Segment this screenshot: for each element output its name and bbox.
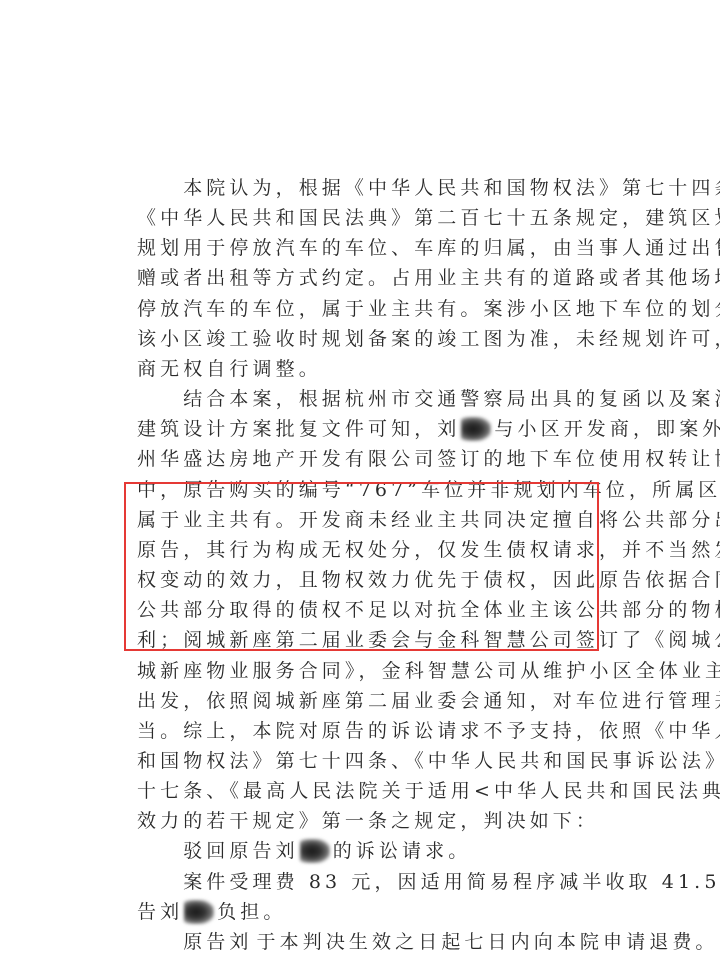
redaction-blur-icon	[184, 900, 214, 924]
red-highlight-box	[124, 482, 599, 651]
paragraph-line: 出发，依照阅城新座第二届业委会通知，对车位进行管理并无不	[137, 689, 603, 713]
text-before-redaction: 建筑设计方案批复文件可知，刘	[137, 417, 460, 441]
text-before-redaction: 告刘	[137, 900, 183, 924]
paragraph-line: 本院认为，根据《中华人民共和国物权法》第七十四条以及	[137, 176, 603, 200]
paragraph-line: 和国物权法》第七十四条、《中华人民共和国民事诉讼法》第六	[137, 749, 603, 773]
paragraph-line: 州华盛达房地产开发有限公司签订的地下车位使用权转让协议	[137, 447, 603, 471]
paragraph-line: 停放汽车的车位，属于业主共有。案涉小区地下车位的划分应以	[137, 297, 603, 321]
redaction-blur-icon	[461, 417, 491, 441]
paragraph-line: 十七条、《最高人民法院关于适用<中华人民共和国民法典>时间	[137, 779, 603, 803]
refund-line-redacted: 原告刘 于本判决生效之日起七日内向本院申请退费。	[137, 930, 603, 954]
fee-line-redacted: 告刘 负担。	[137, 900, 603, 924]
text-after-redaction: 与小区开发商，即案外人杭	[494, 417, 720, 441]
paragraph-line: 城新座物业服务合同》，金科智慧公司从维护小区全体业主利益	[137, 659, 603, 683]
text-after-redaction: 于本判决生效之日起七日内向本院申请退费。	[257, 930, 719, 954]
paragraph-line: 案件受理费 83 元，因适用简易程序减半收取 41.5 元，由原	[137, 870, 603, 894]
redaction-blur-icon	[300, 839, 330, 863]
document-page: 本院认为，根据《中华人民共和国物权法》第七十四条以及 《中华人民共和国民法典》第…	[0, 0, 720, 960]
judgment-line-redacted: 驳回原告刘 的诉讼请求。	[137, 839, 603, 863]
paragraph-line: 当。综上，本院对原告的诉讼请求不予支持，依照《中华人民共	[137, 719, 603, 743]
paragraph-line-redacted: 建筑设计方案批复文件可知，刘 与小区开发商，即案外人杭	[137, 417, 603, 441]
paragraph-line: 结合本案，根据杭州市交通警察局出具的复函以及案涉小区	[137, 387, 603, 411]
text-before-redaction: 驳回原告刘	[137, 839, 299, 863]
paragraph-line: 该小区竣工验收时规划备案的竣工图为准，未经规划许可，开发	[137, 327, 603, 351]
paragraph-line: 赠或者出租等方式约定。占用业主共有的道路或者其他场地用于	[137, 266, 603, 290]
paragraph-line: 规划用于停放汽车的车位、车库的归属，由当事人通过出售、附	[137, 236, 603, 260]
text-after-redaction: 负担。	[217, 900, 286, 924]
paragraph-line: 效力的若干规定》第一条之规定，判决如下：	[137, 809, 603, 833]
paragraph-line: 商无权自行调整。	[137, 357, 603, 381]
text-before-redaction: 原告刘	[137, 930, 253, 954]
text-after-redaction: 的诉讼请求。	[333, 839, 472, 863]
paragraph-line: 《中华人民共和国民法典》第二百七十五条规定，建筑区划内，	[137, 206, 603, 230]
